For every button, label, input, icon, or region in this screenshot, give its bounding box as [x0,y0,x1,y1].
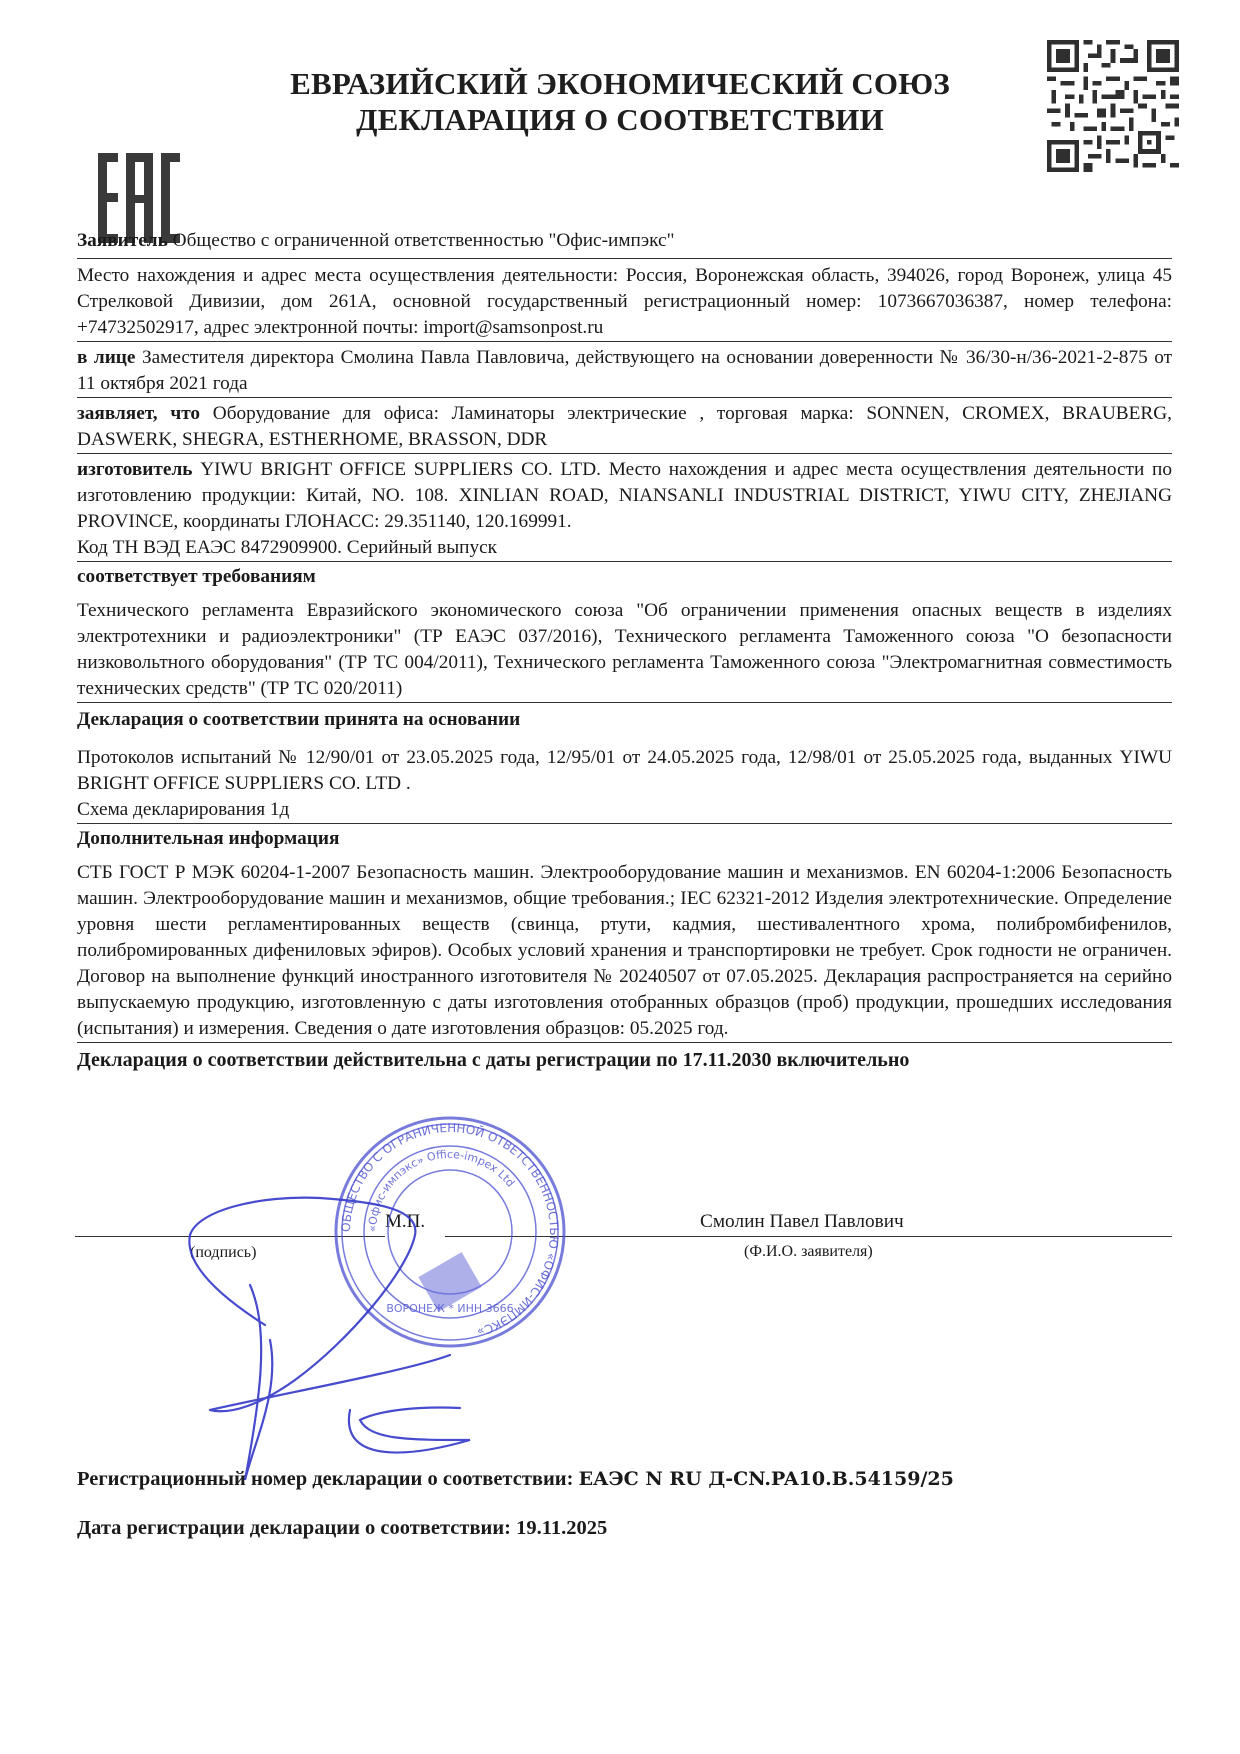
declares-label: заявляет, что [77,403,200,424]
validity-text: Декларация о соответствии действительна … [77,1047,1172,1073]
basis-heading: Декларация о соответствии принята на осн… [77,707,1172,733]
representative-section: в лице Заместителя директора Смолина Пав… [77,345,1172,398]
applicant-name-caption: (Ф.И.О. заявителя) [744,1243,873,1261]
applicant-section: Заявитель Общество с ограниченной ответс… [77,228,1172,259]
representative-value: Заместителя директора Смолина Павла Павл… [77,347,1172,394]
registration-date-row: Дата регистрации декларации о соответств… [77,1517,607,1540]
declares-section: заявляет, что Оборудование для офиса: Ла… [77,401,1172,454]
declaration-scheme: Схема декларирования 1д [77,797,1172,824]
hs-code-line: Код ТН ВЭД ЕАЭС 8472909900. Серийный вып… [77,535,1172,562]
applicant-name: Смолин Павел Павлович [700,1211,904,1233]
manufacturer-value: YIWU BRIGHT OFFICE SUPPLIERS CO. LTD. Ме… [77,459,1172,532]
registration-number-value: ЕАЭС N RU Д-CN.PA10.B.54159/25 [579,1468,954,1490]
additional-heading: Дополнительная информация [77,826,1172,852]
registration-number-row: Регистрационный номер декларации о соотв… [77,1468,954,1491]
applicant-label: Заявитель [77,230,168,251]
conforms-text: Технического регламента Евразийского эко… [77,598,1172,703]
representative-label: в лице [77,347,135,368]
declaration-body: Заявитель Общество с ограниченной ответс… [77,228,1172,1073]
registration-date-value: 19.11.2025 [516,1517,607,1539]
address-section: Место нахождения и адрес места осуществл… [77,263,1172,342]
basis-text: Протоколов испытаний № 12/90/01 от 23.05… [77,745,1172,797]
declares-value: Оборудование для офиса: Ламинаторы элект… [77,403,1172,450]
manufacturer-label: изготовитель [77,459,192,480]
registration-number-label: Регистрационный номер декларации о соотв… [77,1468,573,1490]
manufacturer-section: изготовитель YIWU BRIGHT OFFICE SUPPLIER… [77,457,1172,535]
registration-date-label: Дата регистрации декларации о соответств… [77,1517,511,1539]
additional-text: СТБ ГОСТ Р МЭК 60204-1-2007 Безопасность… [77,860,1172,1043]
qr-code-icon[interactable] [1047,40,1179,172]
applicant-value: Общество с ограниченной ответственностью… [173,230,675,251]
handwritten-signature-icon [150,1140,570,1480]
conforms-heading: соответствует требованиям [77,564,1172,590]
